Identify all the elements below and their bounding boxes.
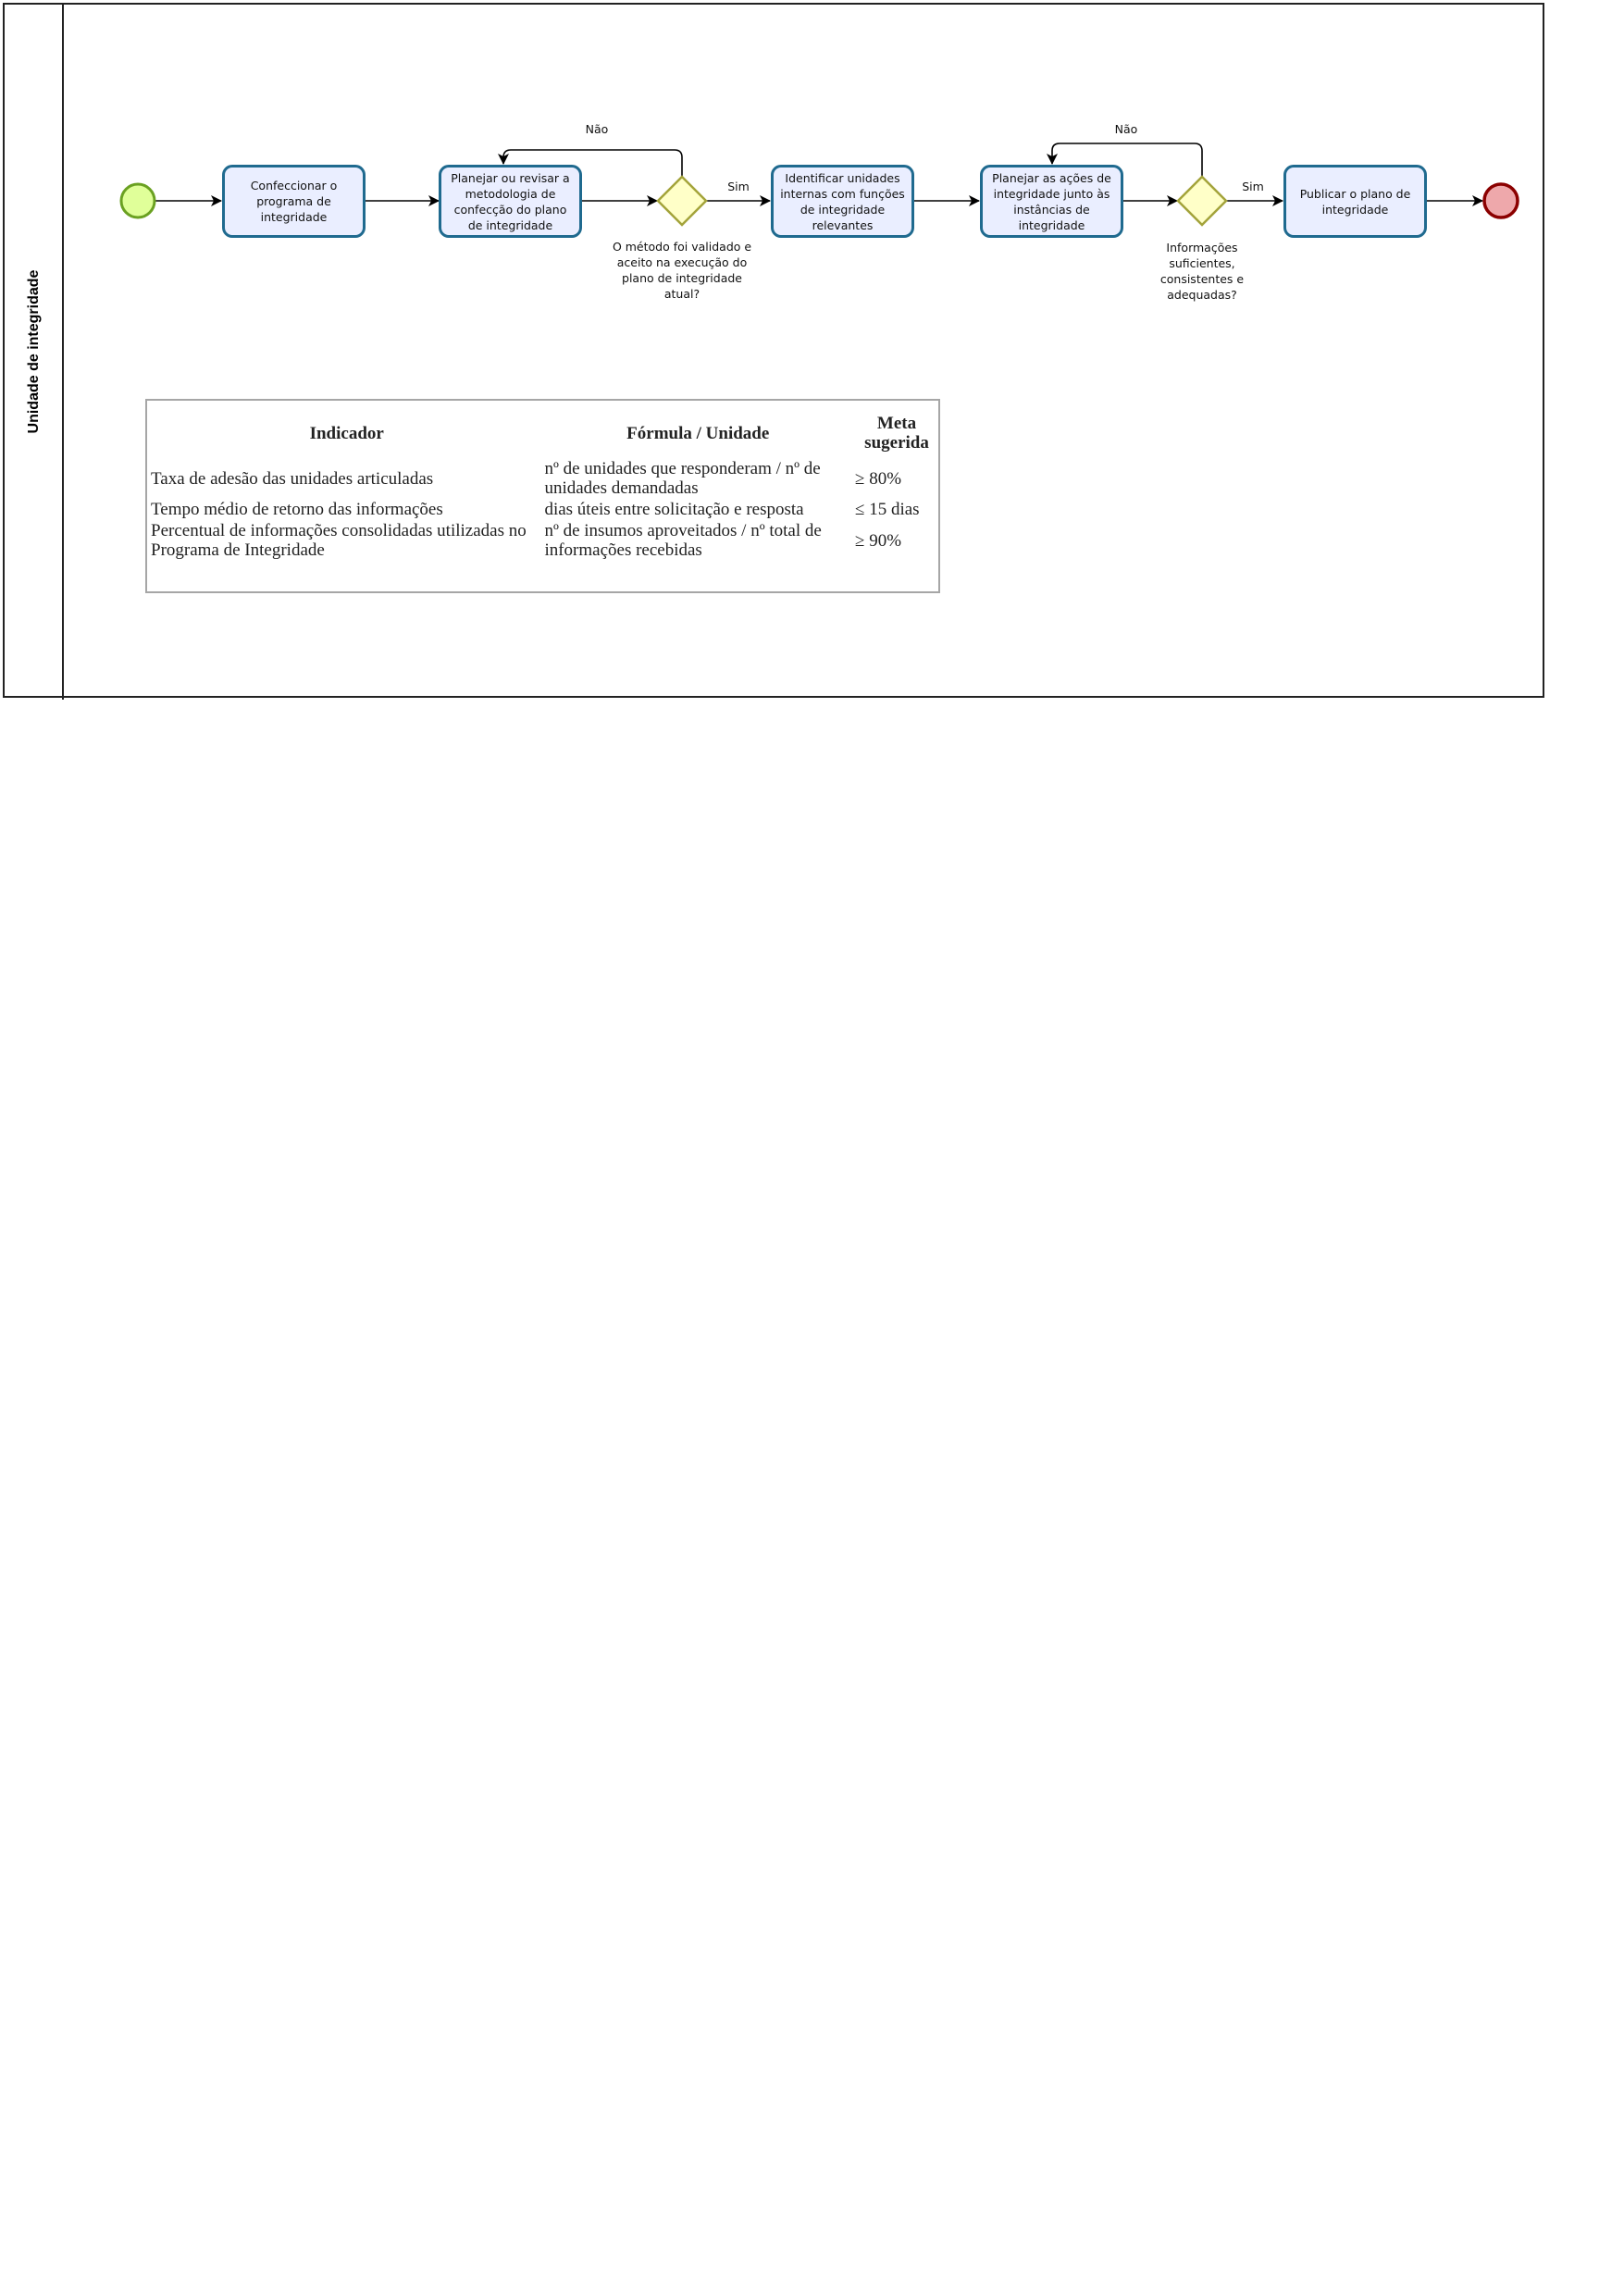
table-row: Taxa de adesão das unidades articuladas … [151,458,938,499]
task-planejar-metodologia[interactable]: Planejar ou revisar a metodologia de con… [439,165,582,238]
header-meta-line2: sugerida [864,433,929,453]
cell-meta: ≥ 90% [851,520,938,561]
cell-formula: dias úteis entre solicitação e resposta [542,499,851,520]
start-event-icon[interactable] [121,184,155,217]
task-identificar-unidades[interactable]: Identificar unidades internas com funçõe… [771,165,914,238]
table-row: Tempo médio de retorno das informações d… [151,499,938,520]
diagram-graphics [0,0,1624,740]
task-confeccionar-programa[interactable]: Confeccionar o programa de integridade [222,165,366,238]
gateway-1-yes-label: Sim [727,179,750,194]
task-label: Planejar as ações de integridade junto à… [986,170,1117,233]
task-label: Identificar unidades internas com funçõe… [777,170,908,233]
task-publicar-plano[interactable]: Publicar o plano de integridade [1283,165,1427,238]
cell-formula: nº de insumos aproveitados / nº total de… [542,520,851,561]
end-event-icon[interactable] [1484,184,1518,217]
table-header-row: Indicador Fórmula / Unidade Meta sugerid… [151,410,938,458]
gateway-2-no-label: Não [1115,121,1138,137]
cell-indicador: Percentual de informações consolidadas u… [151,520,542,561]
cell-indicador: Taxa de adesão das unidades articuladas [151,458,542,499]
bpmn-canvas: Unidade de integridade Confeccionar o pr… [0,0,1624,2296]
header-meta-line1: Meta [877,414,916,433]
indicator-table: Indicador Fórmula / Unidade Meta sugerid… [145,399,940,593]
gateway-2-yes-label: Sim [1242,179,1264,194]
header-formula: Fórmula / Unidade [542,410,851,458]
gateway-1-question: O método foi validado e aceito na execuç… [609,239,755,302]
indicator-table-grid: Indicador Fórmula / Unidade Meta sugerid… [151,410,938,561]
table-row: Percentual de informações consolidadas u… [151,520,938,561]
gateway-2-diamond-icon[interactable] [1178,177,1226,225]
gateway-2-question: Informações suficientes, consistentes e … [1156,240,1248,303]
gateway-1-no-label: Não [586,121,609,137]
task-label: Planejar ou revisar a metodologia de con… [445,170,576,233]
gateway-1-diamond-icon[interactable] [658,177,706,225]
header-meta: Meta sugerida [851,410,938,458]
cell-formula: nº de unidades que responderam / nº de u… [542,458,851,499]
task-label: Publicar o plano de integridade [1290,186,1420,217]
cell-indicador: Tempo médio de retorno das informações [151,499,542,520]
task-planejar-acoes[interactable]: Planejar as ações de integridade junto à… [980,165,1123,238]
task-label: Confeccionar o programa de integridade [229,178,359,225]
cell-meta: ≥ 80% [851,458,938,499]
header-indicador: Indicador [151,410,542,458]
cell-meta: ≤ 15 dias [851,499,938,520]
